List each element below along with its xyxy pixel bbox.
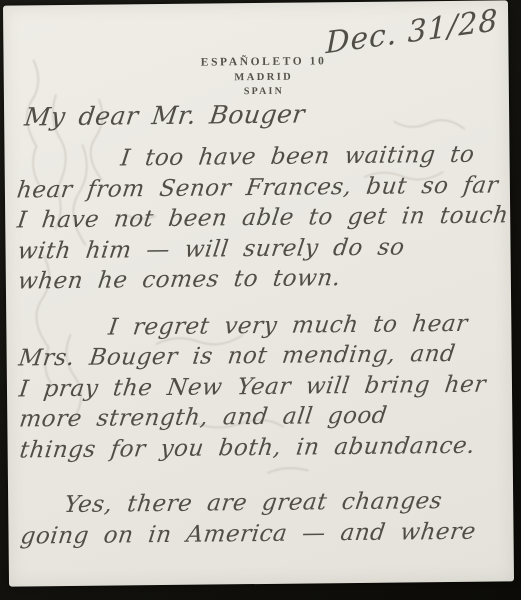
letter-line: Mrs. Bouger is not mending, and	[17, 338, 512, 374]
letterhead-address: ESPAÑOLETO 10	[201, 56, 327, 69]
letter-line: when he comes to town.	[16, 261, 511, 297]
letter-line: things for you both, in abundance.	[18, 430, 513, 466]
letter-body: My dear Mr. Bouger I too have been waiti…	[14, 94, 510, 551]
letter-line: going on in America — and where	[19, 516, 514, 552]
letter-line: more strength, and all good	[17, 399, 512, 435]
letterhead: ESPAÑOLETO 10 MADRID SPAIN	[201, 56, 327, 97]
date-handwritten: Dec. 31/28	[326, 3, 499, 61]
salutation: My dear Mr. Bouger	[22, 94, 510, 135]
letter-line: Yes, there are great changes	[18, 485, 513, 521]
letter-page: ESPAÑOLETO 10 MADRID SPAIN Dec. 31/28 My…	[3, 0, 514, 586]
photo-background: ESPAÑOLETO 10 MADRID SPAIN Dec. 31/28 My…	[0, 0, 521, 600]
letter-line: I too have been waiting to	[15, 139, 510, 175]
letter-line: I have not been able to get in touch	[15, 200, 510, 236]
letterhead-city: MADRID	[201, 72, 327, 84]
